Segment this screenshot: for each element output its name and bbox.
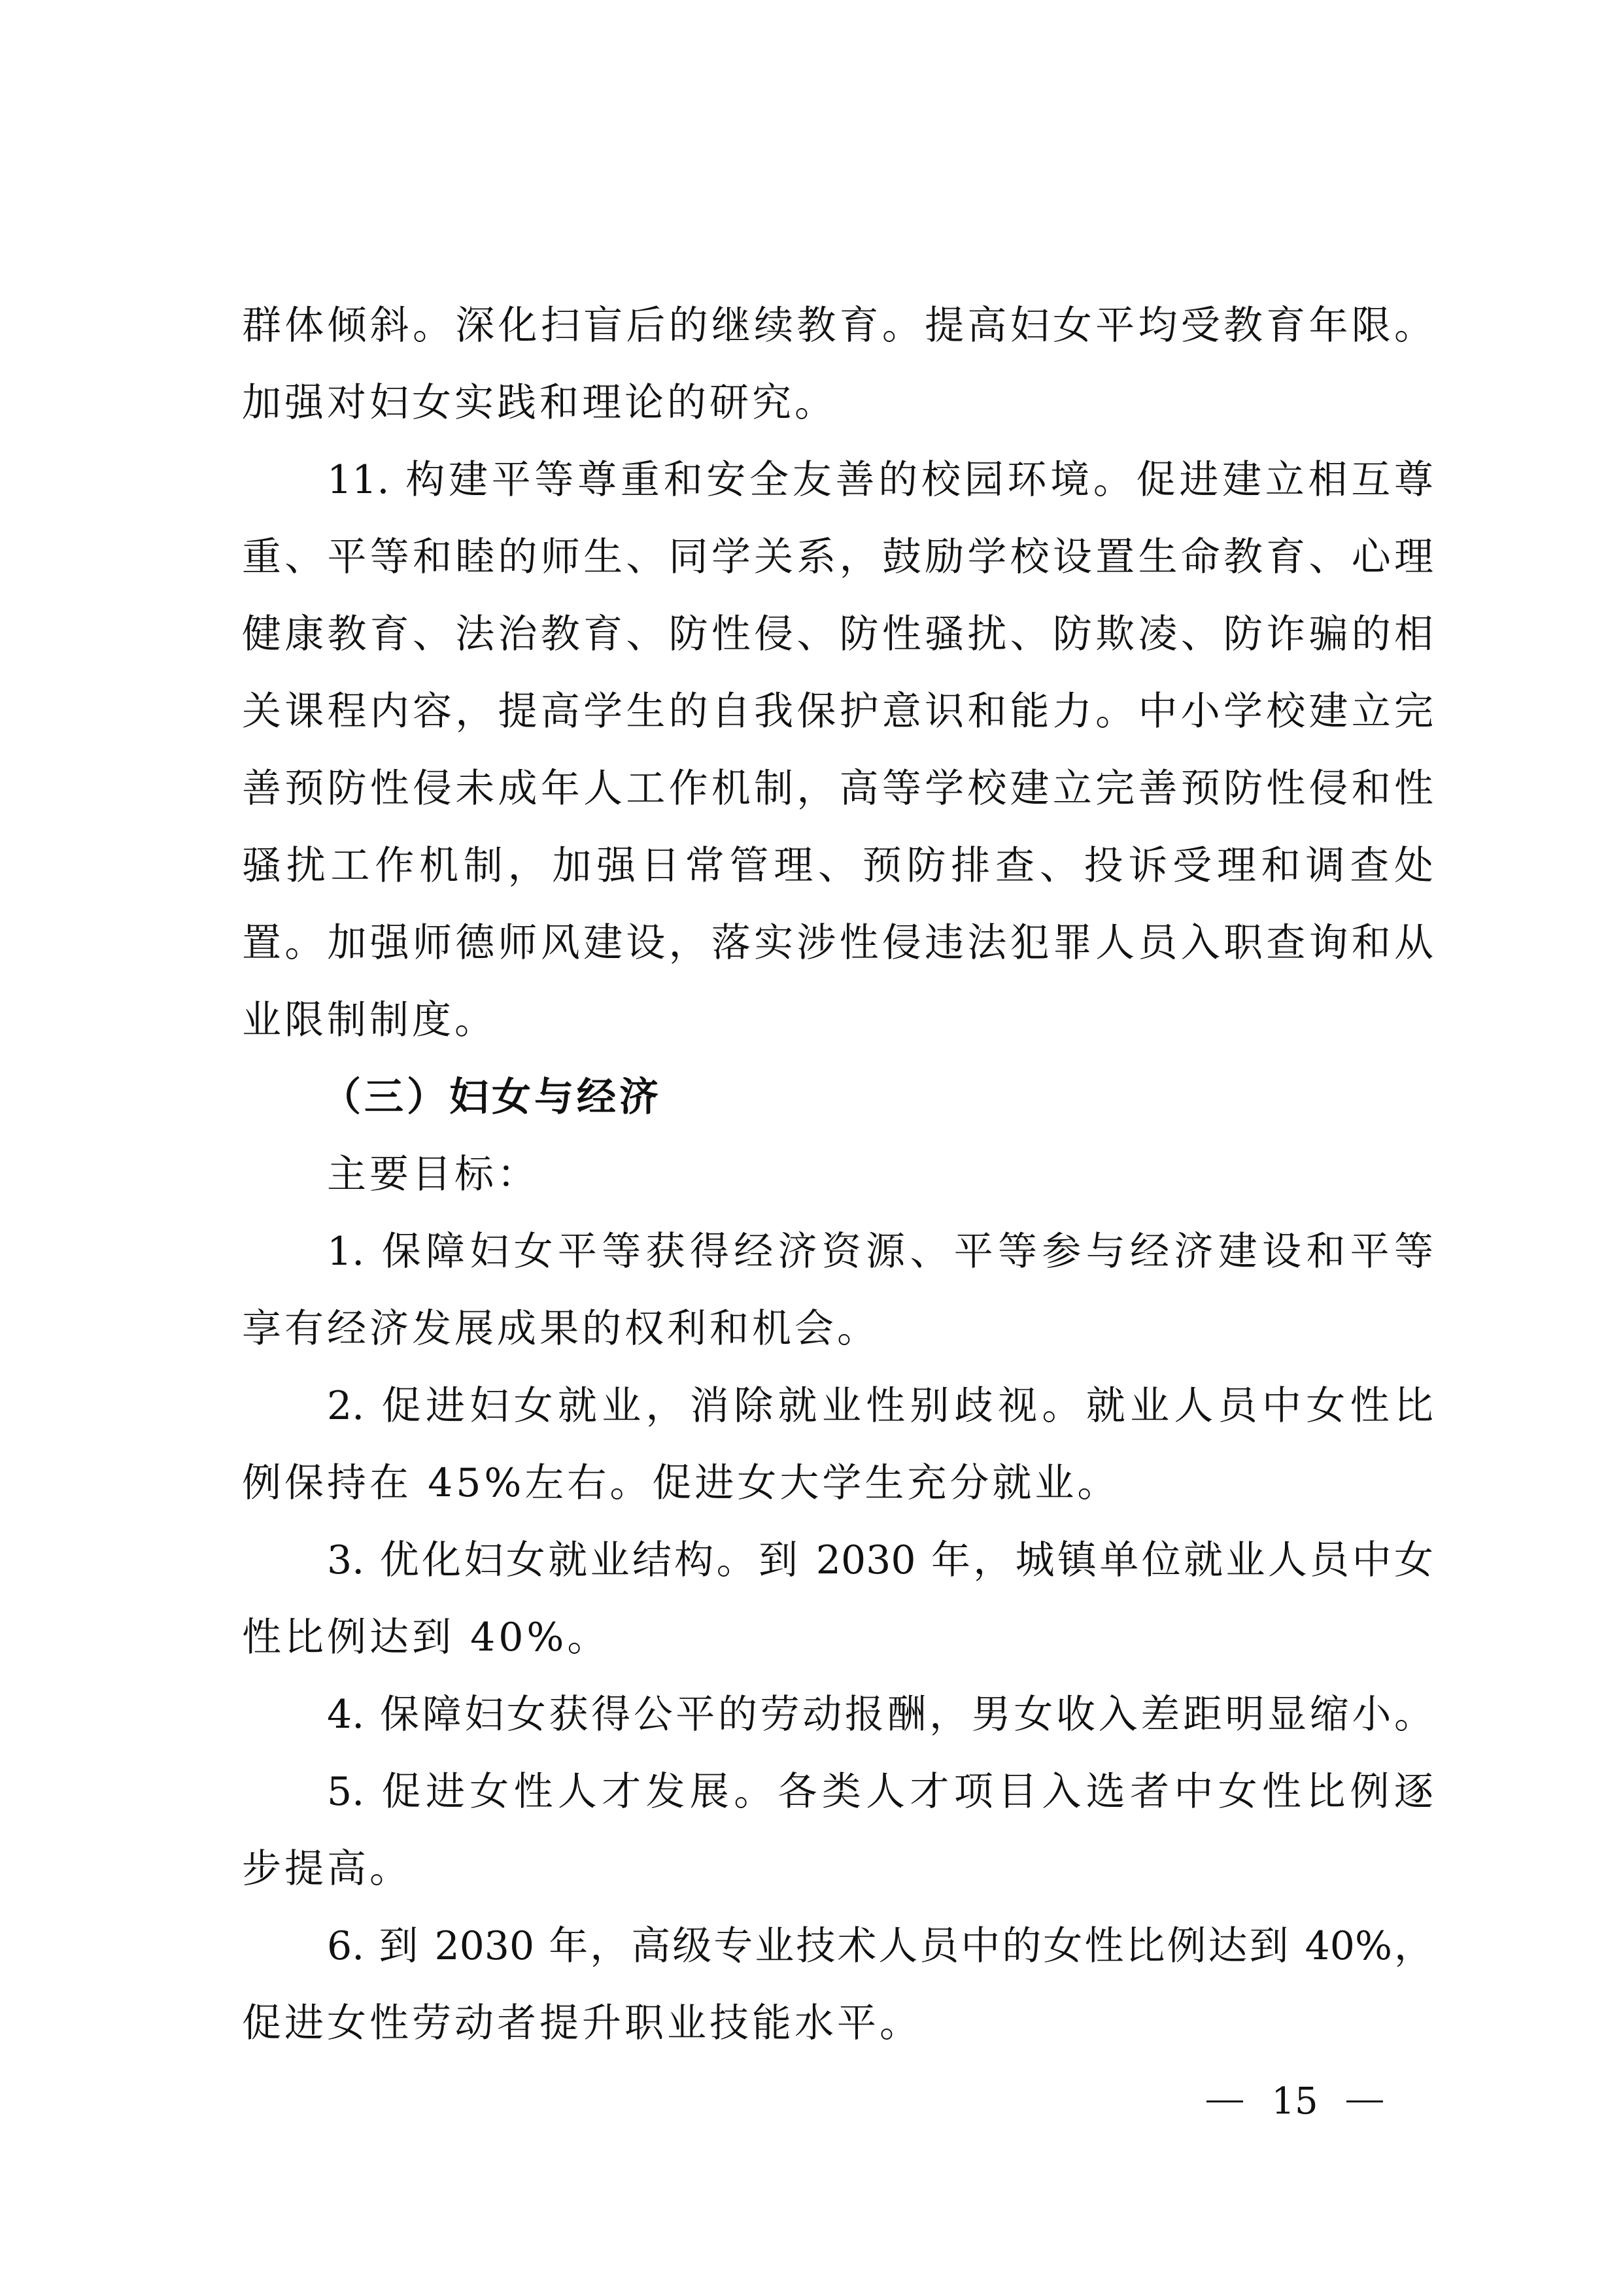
goal-item-1-line: 享有经济发展成果的权利和机会。 — [242, 1296, 1433, 1373]
goal-item-3-line: 性比例达到 40%。 — [242, 1605, 1433, 1682]
goal-item-4-line: 4. 保障妇女获得公平的劳动报酬，男女收入差距明显缩小。 — [242, 1682, 1433, 1759]
document-page: 群体倾斜。深化扫盲后的继续教育。提高妇女平均受教育年限。 加强对妇女实践和理论的… — [0, 0, 1623, 2296]
goal-item-1-line: 1. 保障妇女平等获得经济资源、平等参与经济建设和平等 — [242, 1219, 1433, 1296]
goal-item-6-line: 促进女性劳动者提升职业技能水平。 — [242, 1991, 1433, 2068]
page-number-dash-left — [1206, 2100, 1243, 2102]
goal-item-5-line: 5. 促进女性人才发展。各类人才项目入选者中女性比例逐 — [242, 1759, 1433, 1836]
paragraph-line: 关课程内容，提高学生的自我保护意识和能力。中小学校建立完 — [242, 679, 1433, 756]
page-number-value: 15 — [1271, 2080, 1318, 2123]
paragraph-line: 健康教育、法治教育、防性侵、防性骚扰、防欺凌、防诈骗的相 — [242, 602, 1433, 679]
body-text: 群体倾斜。深化扫盲后的继续教育。提高妇女平均受教育年限。 加强对妇女实践和理论的… — [242, 293, 1433, 2068]
page-number: 15 — [1206, 2078, 1383, 2124]
goal-item-2-line: 例保持在 45%左右。促进女大学生充分就业。 — [242, 1450, 1433, 1528]
paragraph-line: 置。加强师德师风建设，落实涉性侵违法犯罪人员入职查询和从 — [242, 910, 1433, 987]
paragraph-line: 加强对妇女实践和理论的研究。 — [242, 370, 1433, 447]
section-heading: （三）妇女与经济 — [242, 1065, 1433, 1142]
list-item-11-line: 11. 构建平等尊重和安全友善的校园环境。促进建立相互尊 — [242, 447, 1433, 524]
paragraph-line: 业限制制度。 — [242, 987, 1433, 1065]
goal-item-3-line: 3. 优化妇女就业结构。到 2030 年，城镇单位就业人员中女 — [242, 1528, 1433, 1605]
goal-item-6-line: 6. 到 2030 年，高级专业技术人员中的女性比例达到 40%， — [242, 1913, 1433, 1991]
goal-item-2-line: 2. 促进妇女就业，消除就业性别歧视。就业人员中女性比 — [242, 1373, 1433, 1450]
paragraph-line: 群体倾斜。深化扫盲后的继续教育。提高妇女平均受教育年限。 — [242, 293, 1433, 370]
paragraph-line: 善预防性侵未成年人工作机制，高等学校建立完善预防性侵和性 — [242, 756, 1433, 833]
paragraph-line: 重、平等和睦的师生、同学关系，鼓励学校设置生命教育、心理 — [242, 524, 1433, 602]
goal-item-5-line: 步提高。 — [242, 1836, 1433, 1913]
page-number-dash-right — [1346, 2100, 1383, 2102]
subheading: 主要目标： — [242, 1142, 1433, 1219]
paragraph-line: 骚扰工作机制，加强日常管理、预防排查、投诉受理和调查处 — [242, 833, 1433, 910]
